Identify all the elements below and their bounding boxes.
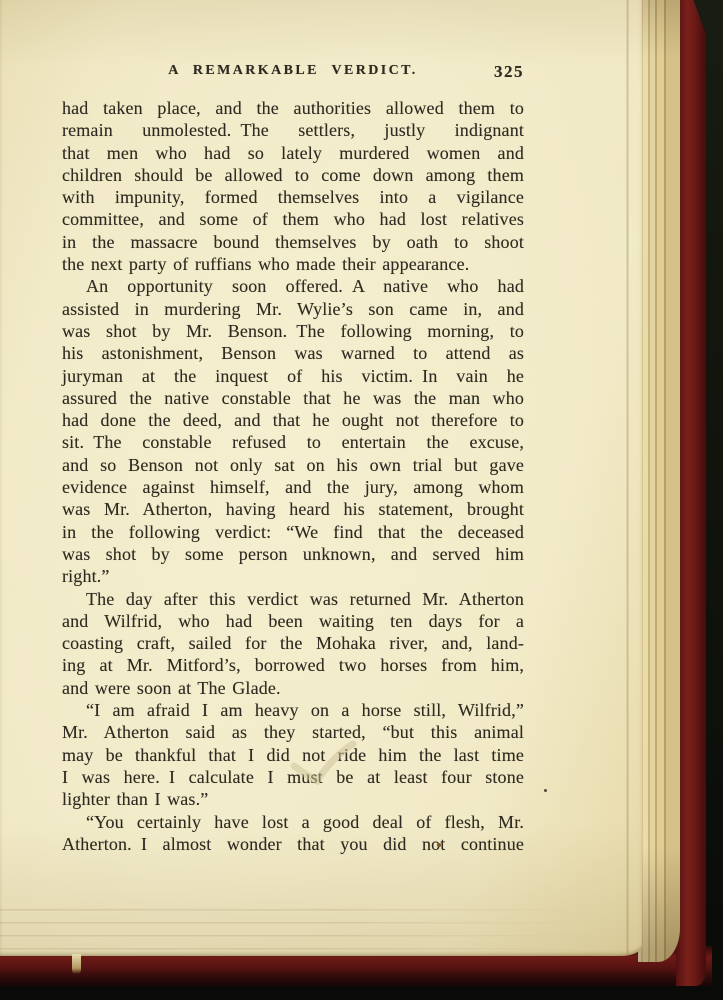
text-line: sit. The constable refused to entertain …: [62, 431, 524, 453]
text-line: in the following verdict: “We find that …: [62, 521, 524, 543]
text-line: was shot by some person unknown, and ser…: [62, 543, 524, 565]
text-line: evidence against himself, and the jury, …: [62, 476, 524, 498]
text-line: “I am afraid I am heavy on a horse still…: [62, 699, 524, 721]
text-line: his astonishment, Benson was warned to a…: [62, 342, 524, 364]
page-fore-edge-stack: [638, 0, 680, 962]
ink-speck: [544, 789, 547, 792]
text-line: remain unmolested. The settlers, justly …: [62, 119, 524, 141]
text-line: the next party of ruffians who made thei…: [62, 253, 524, 275]
text-line: and Wilfrid, who had been waiting ten da…: [62, 610, 524, 632]
text-line: coasting craft, sailed for the Mohaka ri…: [62, 632, 524, 654]
chapter-running-title: A REMARKABLE VERDICT.: [62, 63, 524, 79]
text-line: lighter than I was.”: [62, 788, 524, 810]
text-line: juryman at the inquest of his victim. In…: [62, 365, 524, 387]
text-line: in the massacre bound themselves by oath…: [62, 231, 524, 253]
text-line: Atherton. I almost wonder that you did n…: [62, 833, 524, 855]
text-line: An opportunity soon offered. A native wh…: [62, 275, 524, 297]
text-line: and so Benson not only sat on his own tr…: [62, 454, 524, 476]
ink-speck: [437, 843, 441, 847]
page-edge-crease: [626, 0, 629, 956]
text-line: “You certainly have lost a good deal of …: [62, 811, 524, 833]
text-line: right.”: [62, 565, 524, 587]
text-line: The day after this verdict was returned …: [62, 588, 524, 610]
text-line: with impunity, formed themselves into a …: [62, 186, 524, 208]
text-line: was shot by Mr. Benson. The following mo…: [62, 320, 524, 342]
book-scanned-page: A REMARKABLE VERDICT. 325 had taken plac…: [0, 0, 723, 1000]
page-edge-notch: [72, 954, 81, 974]
text-line: assured the native constable that he was…: [62, 387, 524, 409]
text-line: was Mr. Atherton, having heard his state…: [62, 498, 524, 520]
underlying-page-edges: [0, 900, 612, 954]
text-line: ing at Mr. Mitford’s, borrowed two horse…: [62, 654, 524, 676]
text-line: assisted in murdering Mr. Wylie’s son ca…: [62, 298, 524, 320]
pencil-check-mark: [288, 740, 358, 788]
text-line: had done the deed, and that he ought not…: [62, 409, 524, 431]
book-page: A REMARKABLE VERDICT. 325 had taken plac…: [0, 0, 642, 956]
text-line: committee, and some of them who had lost…: [62, 208, 524, 230]
running-header: A REMARKABLE VERDICT. 325: [62, 63, 524, 85]
text-line: that men who had so lately murdered wome…: [62, 142, 524, 164]
text-line: had taken place, and the authorities all…: [62, 97, 524, 119]
book-cover-right-edge: [676, 0, 706, 986]
page-number: 325: [494, 62, 524, 82]
text-line: children should be allowed to come down …: [62, 164, 524, 186]
text-line: and were soon at The Glade.: [62, 677, 524, 699]
